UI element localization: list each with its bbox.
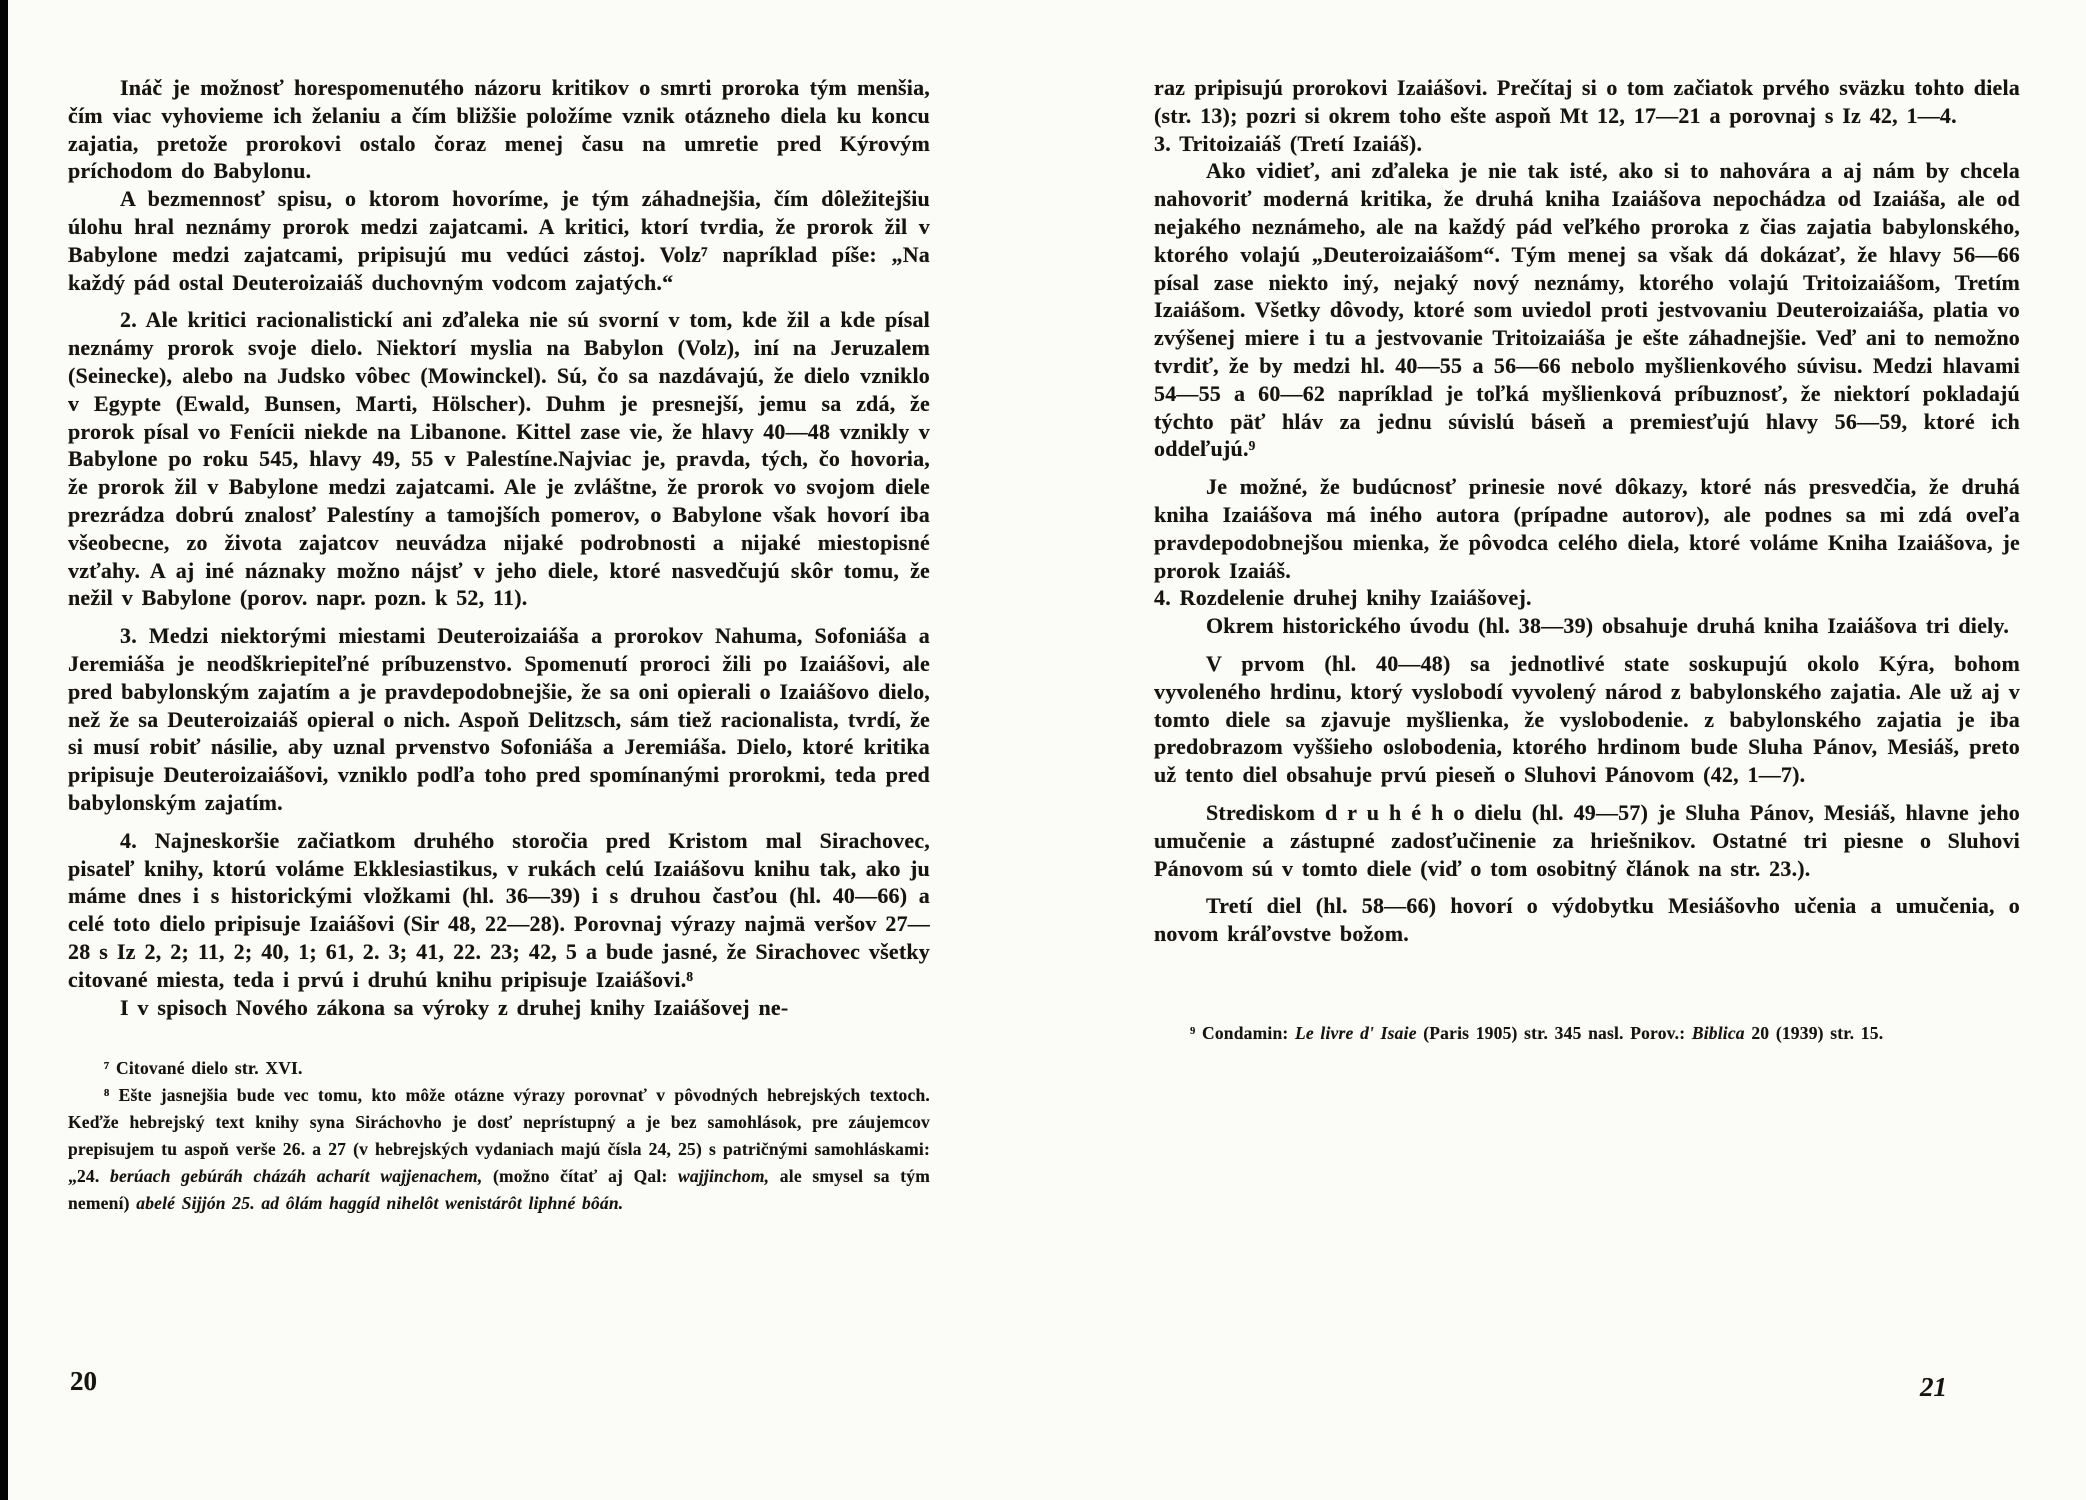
paragraph-numbered-3: 3. Medzi niektorými miestami Deuteroizai… [68,622,930,817]
paragraph: V prvom (hl. 40—48) sa jednotlivé state … [1154,650,2020,789]
page-number-right: 21 [1920,1372,1947,1403]
right-page: raz pripisujú prorokovi Izaiášovi. Prečí… [1154,74,2020,1047]
footnotes-left: ⁷ Citované dielo str. XVI. ⁸ Ešte jasnej… [68,1055,930,1217]
paragraph: Tretí diel (hl. 58—66) hovorí o výdobytk… [1154,892,2020,948]
paragraph: Ako vidieť, ani zďaleka je nie tak isté,… [1154,157,2020,463]
paragraph-numbered-2: 2. Ale kritici racionalistickí ani zďale… [68,306,930,612]
section-heading-rozdelenie: 4. Rozdelenie druhej knihy Izaiášovej. [1154,584,2020,612]
section-heading-tritoizaias: 3. Tritoizaiáš (Tretí Izaiáš). [1154,130,2020,158]
paragraph: A bezmennosť spisu, o ktorom hovoríme, j… [68,185,930,296]
paragraph: Strediskom d r u h é h o dielu (hl. 49—5… [1154,799,2020,882]
paragraph-numbered-4: 4. Najneskoršie začiatkom druhého storoč… [68,827,930,994]
paragraph-catchline: I v spisoch Nového zákona sa výroky z dr… [68,994,930,1022]
left-page: Ináč je možnosť horespomenutého názoru k… [68,74,930,1217]
paragraph: Okrem historického úvodu (hl. 38—39) obs… [1154,612,2020,640]
footnote-8: ⁸ Ešte jasnejšia bude vec tomu, kto môže… [68,1082,930,1217]
continuation-paragraph: raz pripisujú prorokovi Izaiášovi. Prečí… [1154,74,2020,130]
scan-edge-artifact [0,0,8,1500]
footnotes-right: ⁹ Condamin: Le livre d' Isaie (Paris 190… [1154,1020,2020,1047]
footnote-7: ⁷ Citované dielo str. XVI. [68,1055,930,1082]
paragraph: Je možné, že budúcnosť prinesie nové dôk… [1154,473,2020,584]
page-number-left: 20 [70,1366,97,1397]
paragraph: Ináč je možnosť horespomenutého názoru k… [68,74,930,185]
footnote-9: ⁹ Condamin: Le livre d' Isaie (Paris 190… [1154,1020,2020,1047]
